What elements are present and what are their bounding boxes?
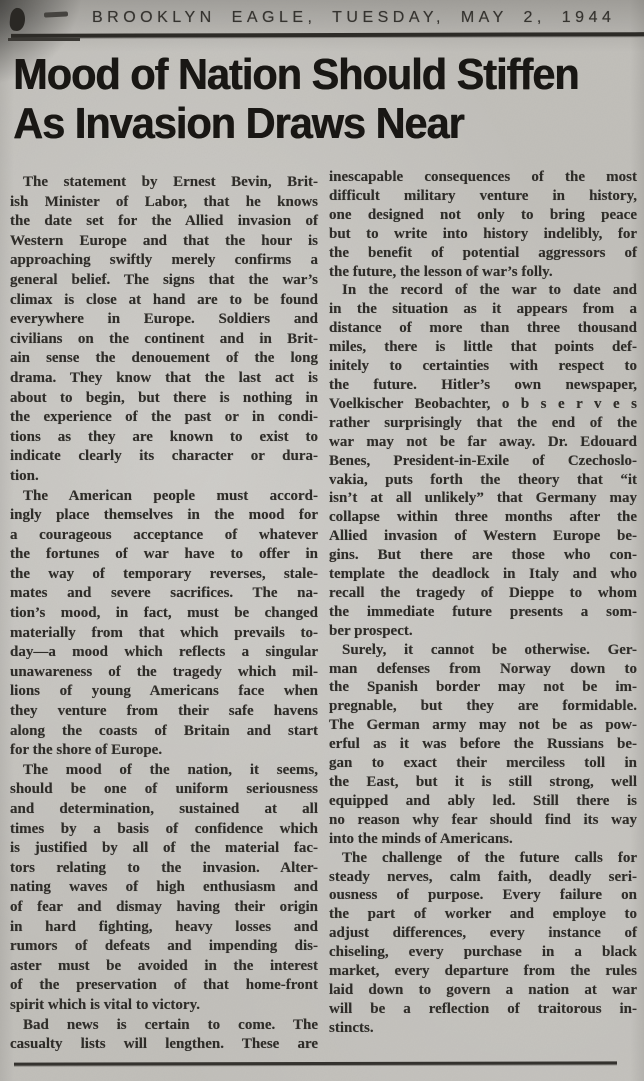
article-line: market, every departure from the rules bbox=[329, 962, 637, 981]
article-line: ousness of purpose. Every failure on bbox=[329, 886, 637, 905]
article-line: lions of young Americans face when bbox=[10, 682, 318, 702]
article-line: the future. Hitler’s own newspaper, bbox=[329, 376, 637, 395]
article-line: the part of worker and employe to bbox=[329, 905, 637, 924]
article-line: The German army may not be as pow- bbox=[329, 716, 637, 735]
article-line: will be a reflection of traitorous in- bbox=[329, 1000, 637, 1019]
article-line: Allied invasion of Western Europe be- bbox=[329, 527, 637, 546]
article-line: laid down to govern a nation at war bbox=[329, 981, 637, 1000]
article-line: the Spanish border may not be im- bbox=[329, 678, 637, 697]
article-line: war may not be far away. Dr. Edouard bbox=[329, 433, 637, 452]
article-line: The statement by Ernest Bevin, Brit- bbox=[10, 173, 318, 193]
article-line: the experience of the past or in condi- bbox=[10, 408, 318, 428]
article-line: Voelkischer Beobachter, o b s e r v e s bbox=[329, 395, 637, 414]
article-line: general belief. The signs that the war’s bbox=[10, 271, 318, 291]
article-line: they venture from their safe havens bbox=[10, 702, 318, 722]
ink-blot-mark bbox=[9, 7, 26, 31]
headline-line-2: As Invasion Draws Near bbox=[13, 99, 464, 148]
masthead-rule bbox=[11, 32, 644, 38]
article-line: approaching swiftly merely confirms a bbox=[10, 251, 318, 271]
article-line: about to begin, but there is nothing in bbox=[10, 389, 318, 409]
headline-line-1: Mood of Nation Should Stiffen bbox=[13, 50, 578, 99]
article-line: nating waves of high enthusiasm and bbox=[10, 878, 318, 898]
article-line: The mood of the nation, it seems, bbox=[10, 761, 318, 781]
article-line: Western Europe and that the hour is bbox=[10, 232, 318, 252]
article-line: mates and severe sacrifices. The na- bbox=[10, 584, 318, 604]
article-line: in the situation as it appears from a bbox=[329, 300, 637, 319]
article-line: ingly place themselves in the mood for bbox=[10, 506, 318, 526]
article-line: equipped and ably led. Still there is bbox=[329, 792, 637, 811]
article-line: pregnable, but they are formidable. bbox=[329, 697, 637, 716]
article-line: vakia, puts forth the theory that “it bbox=[329, 471, 637, 490]
article-line: along the coasts of Britain and start bbox=[10, 722, 318, 742]
article-line: tion’s mood, in fact, must be changed bbox=[10, 604, 318, 624]
article-line: adjust differences, every instance of bbox=[329, 924, 637, 943]
article-line: the date set for the Allied invasion of bbox=[10, 212, 318, 232]
article-line: the immediate future presents a som- bbox=[329, 603, 637, 622]
newspaper-page: BROOKLYN EAGLE, TUESDAY, MAY 2, 1944 Moo… bbox=[0, 0, 644, 1081]
masthead: BROOKLYN EAGLE, TUESDAY, MAY 2, 1944 bbox=[0, 0, 644, 46]
article-line: in hard fighting, heavy losses and bbox=[10, 918, 318, 938]
article-line: initely to certainties with respect to bbox=[329, 357, 637, 376]
article-line: is justified by all of the material fac- bbox=[10, 839, 318, 859]
article-line: distance of more than three thousand bbox=[329, 319, 637, 338]
article-line: gan to exact their merciless toll in bbox=[329, 754, 637, 773]
article-line: materially from that which prevails to- bbox=[10, 624, 318, 644]
article-line: ish Minister of Labor, that he knows bbox=[10, 193, 318, 213]
article-line: of the preservation of that home-front bbox=[10, 976, 318, 996]
article-line: one designed not only to bring peace bbox=[329, 206, 637, 225]
article-line: Bad news is certain to come. The bbox=[10, 1016, 318, 1036]
masthead-text: BROOKLYN EAGLE, TUESDAY, MAY 2, 1944 bbox=[92, 9, 615, 27]
article-line: inescapable consequences of the most bbox=[329, 168, 637, 187]
article-body: The statement by Ernest Bevin, Brit-ish … bbox=[10, 168, 637, 1055]
article-line: rumors of defeats and impending dis- bbox=[10, 937, 318, 957]
article-line: man defenses from Norway down to bbox=[329, 660, 637, 679]
article-line: rather surprisingly that the end of the bbox=[329, 414, 637, 433]
article-line: unawareness of the tragedy which mil- bbox=[10, 663, 318, 683]
article-line: miles, there is little that points def- bbox=[329, 338, 637, 357]
article-line: collapse within three months after the bbox=[329, 508, 637, 527]
article-line: but to write into history indelibly, for bbox=[329, 225, 637, 244]
article-line: tors relating to the invasion. Alter- bbox=[10, 859, 318, 879]
article-line: no reason why fear should find its way bbox=[329, 811, 637, 830]
article-line: everywhere in Europe. Soldiers and bbox=[10, 310, 318, 330]
article-line: the East, but it is still strong, well bbox=[329, 773, 637, 792]
article-line: tion. bbox=[10, 467, 318, 487]
bottom-rule bbox=[14, 1061, 617, 1065]
article-line: aster must be avoided in the interest bbox=[10, 957, 318, 977]
article-line: tions as they are known to exist to bbox=[10, 428, 318, 448]
article-line: of fear and dismay having their origin bbox=[10, 898, 318, 918]
article-line: ber prospect. bbox=[329, 622, 637, 641]
article-line: times by a basis of confidence which bbox=[10, 820, 318, 840]
headline: Mood of Nation Should Stiffen As Invasio… bbox=[13, 50, 605, 148]
article-column-right: inescapable consequences of the mostdiff… bbox=[329, 168, 637, 1055]
article-line: Surely, it cannot be otherwise. Ger- bbox=[329, 641, 637, 660]
article-line: isn’t at all unlikely” that Germany may bbox=[329, 489, 637, 508]
article-line: ain sense the denouement of the long bbox=[10, 349, 318, 369]
article-line: template the deadlock in Italy and who bbox=[329, 565, 637, 584]
article-line: the benefit of potential aggressors of bbox=[329, 244, 637, 263]
article-line: stincts. bbox=[329, 1019, 637, 1038]
article-line: civilians on the continent and in Brit- bbox=[10, 330, 318, 350]
article-line: the way of temporary reverses, stale- bbox=[10, 565, 318, 585]
article-line: should be one of uniform seriousness bbox=[10, 780, 318, 800]
article-line: indicate clearly its character or dura- bbox=[10, 447, 318, 467]
article-line: into the minds of Americans. bbox=[329, 830, 637, 849]
article-line: climax is close at hand are to be found bbox=[10, 291, 318, 311]
article-line: casualty lists will lengthen. These are bbox=[10, 1035, 318, 1055]
article-line: drama. They know that the last act is bbox=[10, 369, 318, 389]
article-column-left: The statement by Ernest Bevin, Brit-ish … bbox=[10, 168, 318, 1055]
article-line: a courageous acceptance of whatever bbox=[10, 526, 318, 546]
article-line: the fortunes of war have to offer in bbox=[10, 545, 318, 565]
article-line: the future, the lesson of war’s folly. bbox=[329, 263, 637, 282]
article-line: difficult military venture in history, bbox=[329, 187, 637, 206]
article-line: gins. But there are those who con- bbox=[329, 546, 637, 565]
article-line: chiseling, every purchase in a black bbox=[329, 943, 637, 962]
article-line: and determination, sustained at all bbox=[10, 800, 318, 820]
article-line: The American people must accord- bbox=[10, 487, 318, 507]
article-line: erful as it was before the Russians be- bbox=[329, 735, 637, 754]
article-line: steady nerves, calm faith, deadly seri- bbox=[329, 868, 637, 887]
article-line: In the record of the war to date and bbox=[329, 281, 637, 300]
ink-dash-mark bbox=[44, 11, 68, 17]
article-line: day—a mood which reflects a singular bbox=[10, 643, 318, 663]
article-line: The challenge of the future calls for bbox=[329, 849, 637, 868]
masthead-rule-short bbox=[8, 38, 80, 41]
article-line: recall the tragedy of Dieppe to whom bbox=[329, 584, 637, 603]
article-line: for the shore of Europe. bbox=[10, 741, 318, 761]
article-line: Benes, President-in-Exile of Czechoslo- bbox=[329, 452, 637, 471]
article-line: spirit which is vital to victory. bbox=[10, 996, 318, 1016]
